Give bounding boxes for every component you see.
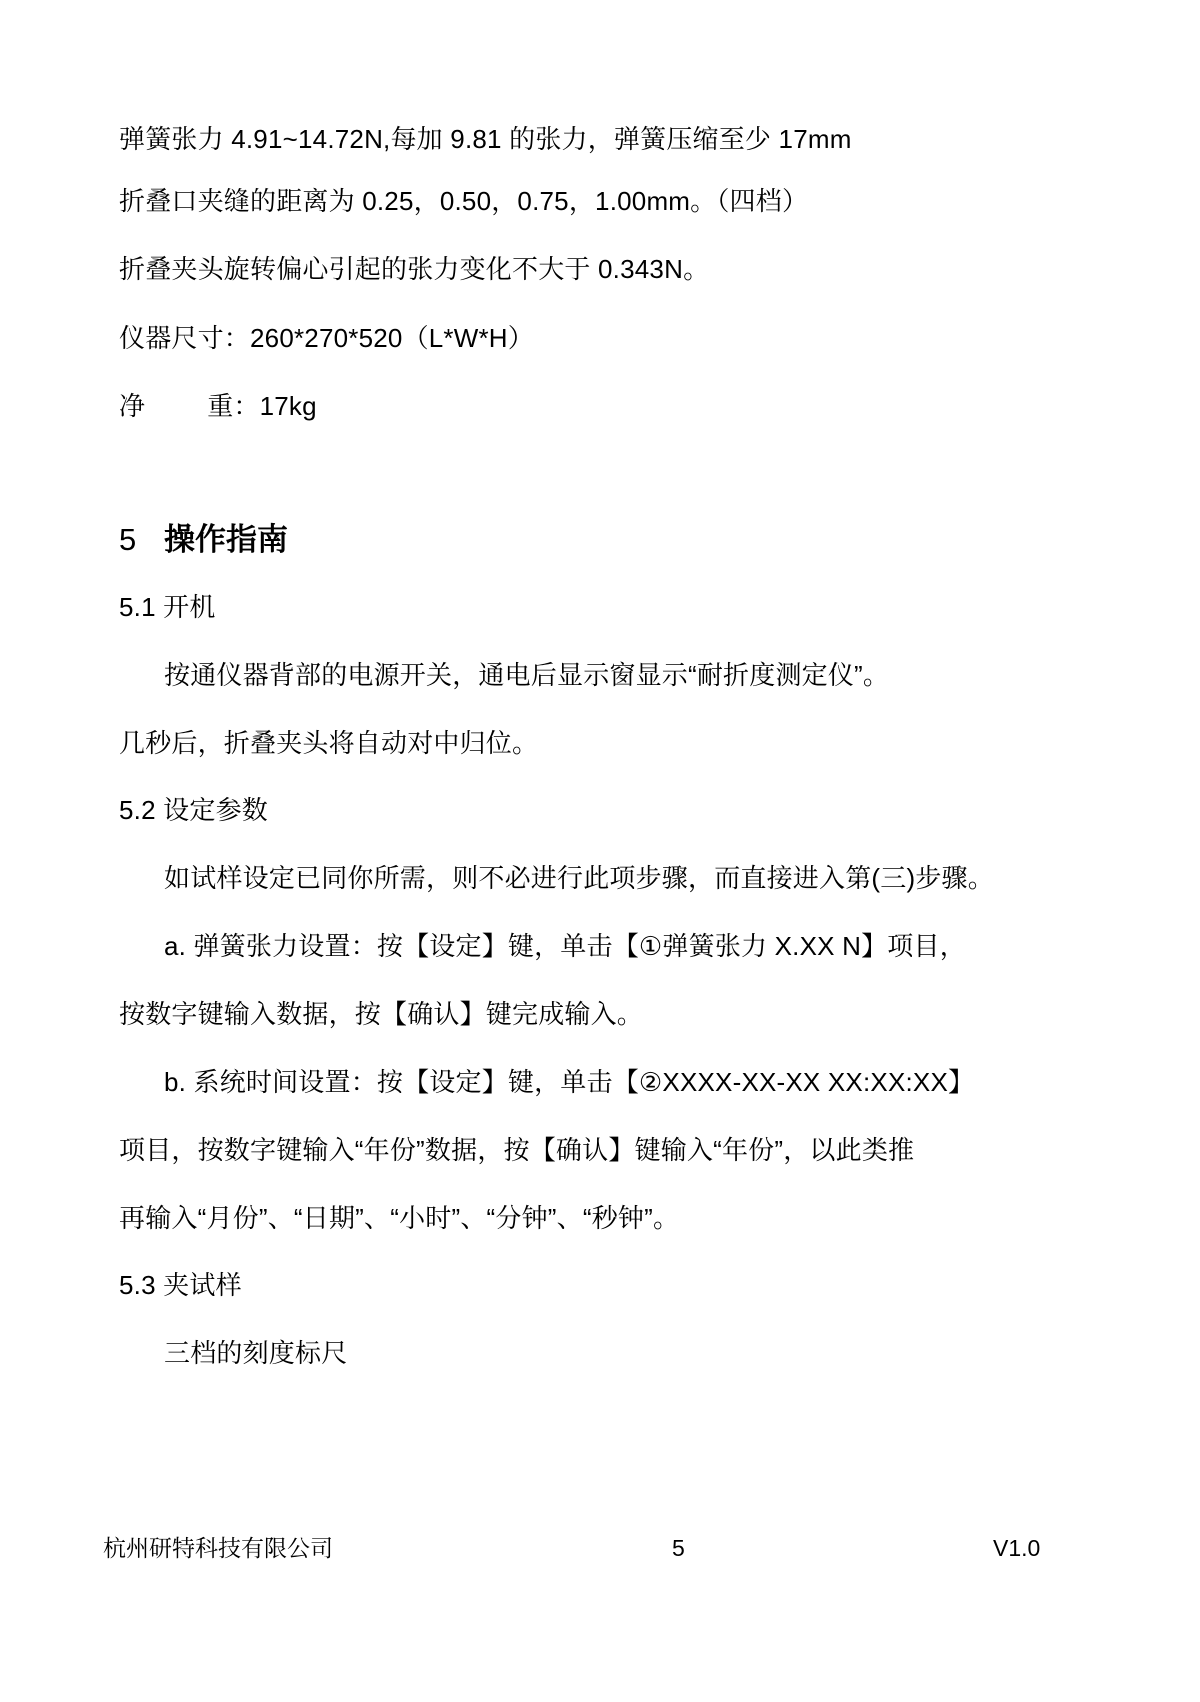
spec-eccentric-tension: 折叠夹头旋转偏心引起的张力变化不大于 0.343N。 [119, 252, 709, 286]
spec-net-weight: 净重：17kg [119, 389, 317, 423]
step-b-line-2: 项目，按数字键输入“年份”数据，按【确认】键输入“年份”，以此类推 [119, 1133, 914, 1167]
footer-company: 杭州研特科技有限公司 [103, 1533, 333, 1563]
section-title: 操作指南 [164, 522, 288, 557]
step-a-line-2: 按数字键输入数据，按【确认】键完成输入。 [119, 997, 643, 1031]
spec-fold-gap: 折叠口夹缝的距离为 0.25，0.50，0.75，1.00mm。（四档） [119, 184, 808, 218]
paragraph: 按通仪器背部的电源开关，通电后显示窗显示“耐折度测定仪”。 [164, 658, 889, 692]
step-a-line-1: a. 弹簧张力设置：按【设定】键，单击【①弹簧张力 X.XX N】项目， [164, 929, 966, 963]
spec-dimensions: 仪器尺寸：260*270*520（L*W*H） [119, 321, 534, 355]
subsection-heading-5-3: 5.3 夹试样 [119, 1268, 242, 1302]
section-heading: 5操作指南 [119, 520, 288, 560]
paragraph: 如试样设定已同你所需，则不必进行此项步骤，而直接进入第(三)步骤。 [164, 861, 994, 895]
subsection-heading-5-2: 5.2 设定参数 [119, 793, 268, 827]
document-page: 弹簧张力 4.91~14.72N,每加 9.81 的张力，弹簧压缩至少 17mm… [0, 0, 1200, 1702]
net-weight-label-a: 净 [119, 391, 145, 421]
footer-page-number: 5 [672, 1533, 685, 1563]
paragraph: 几秒后，折叠夹头将自动对中归位。 [119, 726, 538, 760]
step-b-line-3: 再输入“月份”、“日期”、“小时”、“分钟”、“秒钟”。 [119, 1201, 679, 1235]
spec-spring-tension: 弹簧张力 4.91~14.72N,每加 9.81 的张力，弹簧压缩至少 17mm [119, 122, 852, 156]
step-b-line-1: b. 系统时间设置：按【设定】键，单击【②XXXX-XX-XX XX:XX:XX… [164, 1065, 974, 1099]
section-number: 5 [119, 520, 164, 560]
paragraph: 三档的刻度标尺 [164, 1336, 347, 1370]
footer-version: V1.0 [993, 1533, 1040, 1563]
subsection-heading-5-1: 5.1 开机 [119, 590, 216, 624]
net-weight-value: 重：17kg [207, 391, 317, 421]
